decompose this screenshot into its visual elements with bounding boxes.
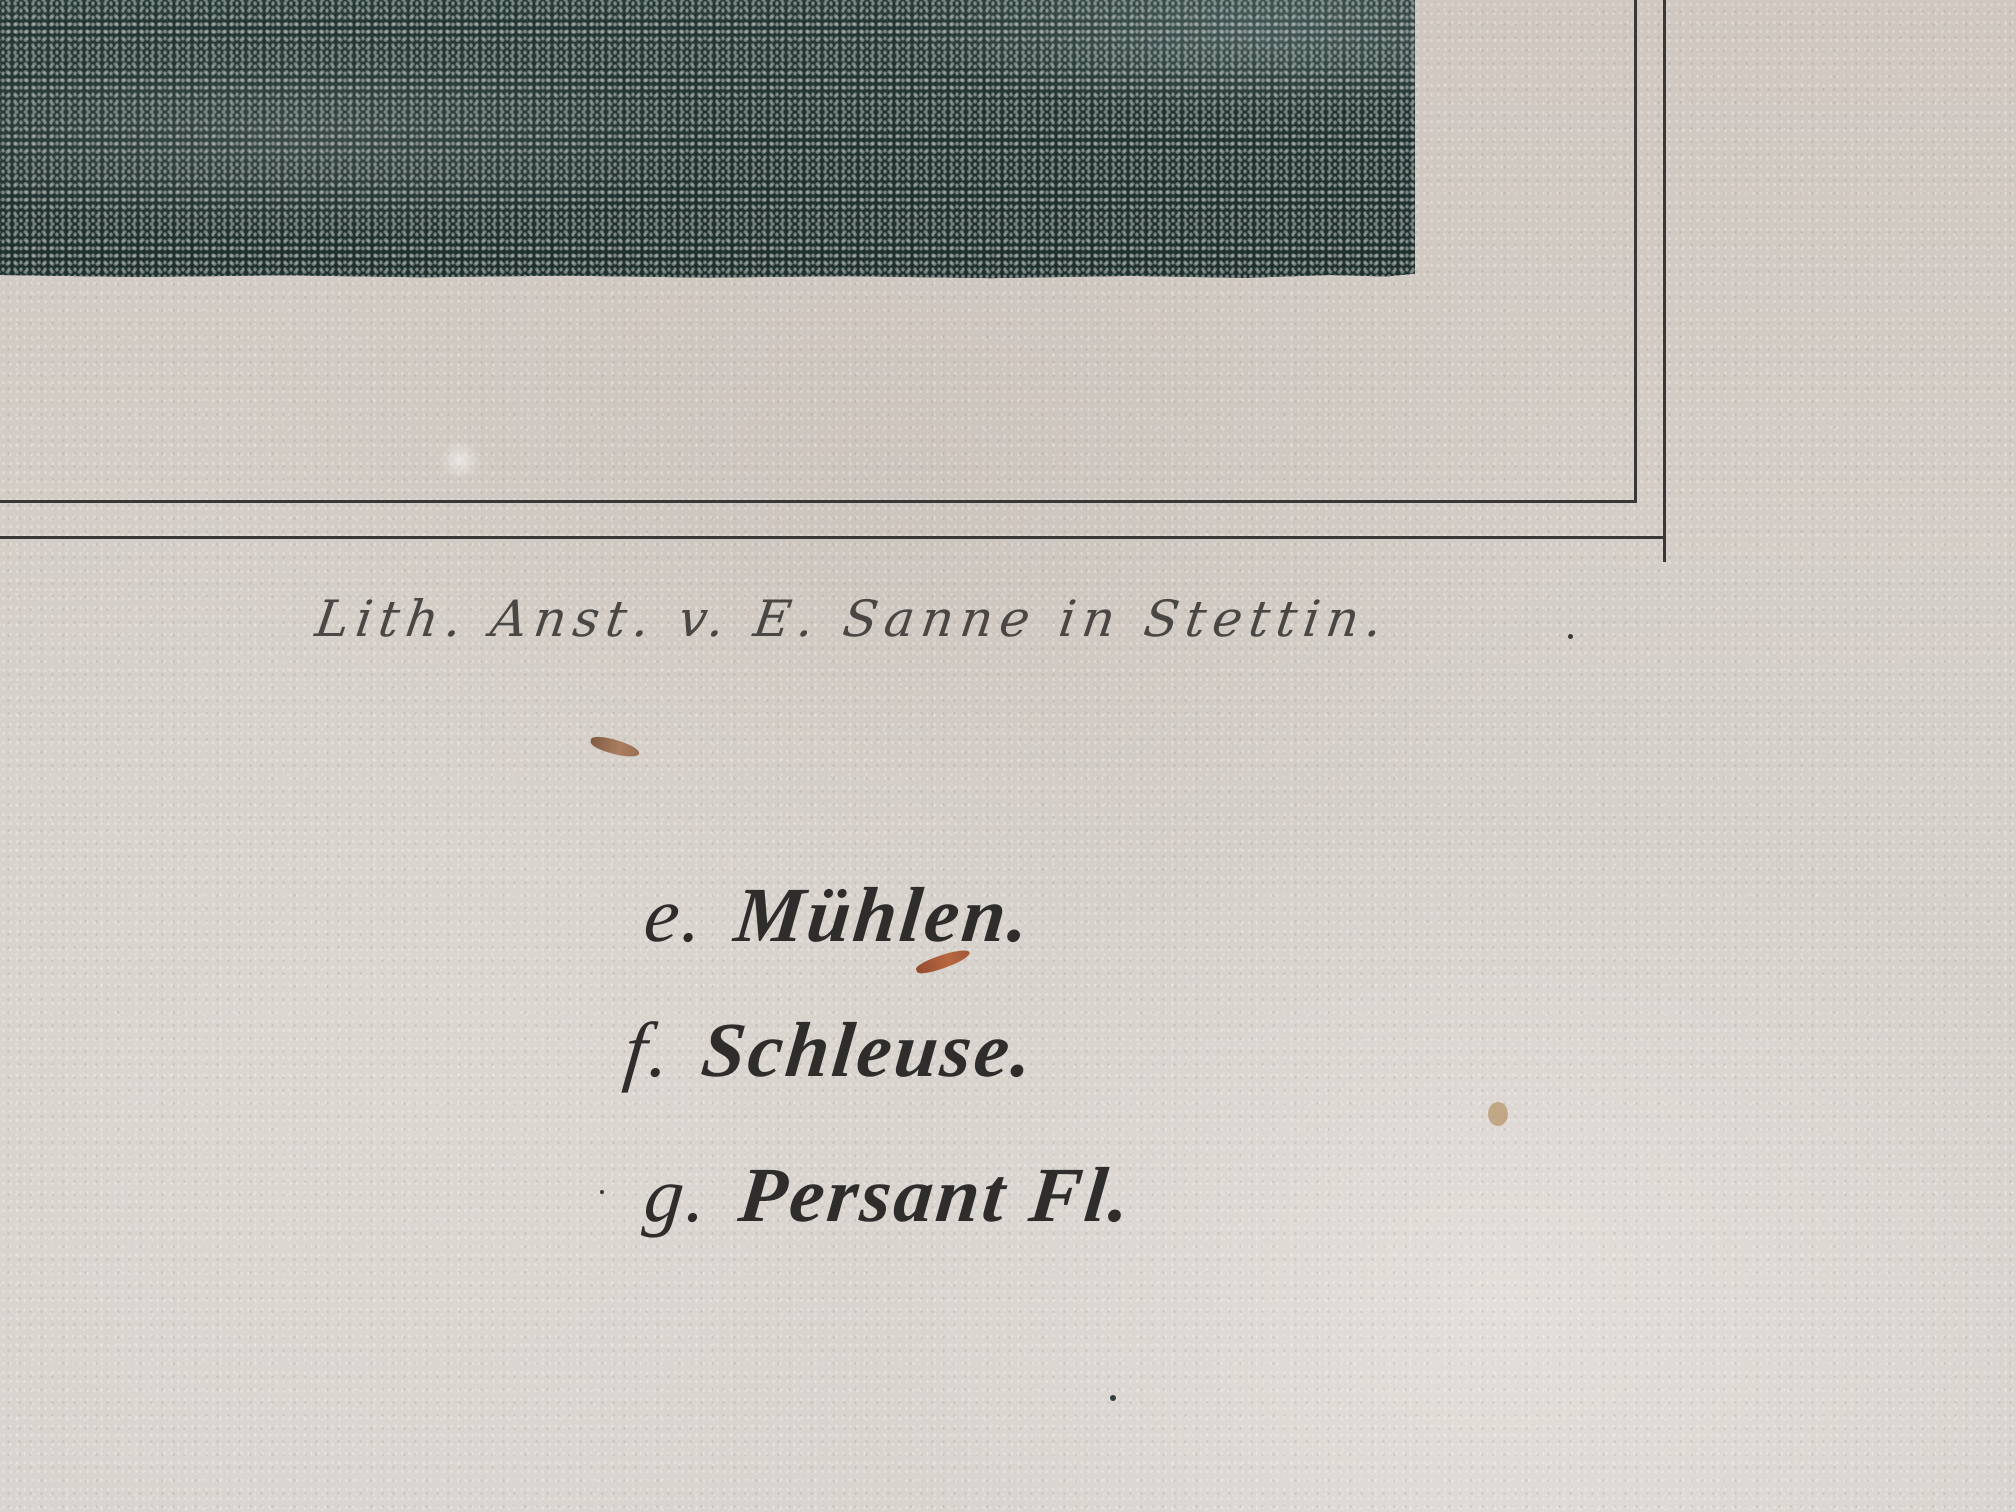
legend-key: f.	[620, 1005, 677, 1095]
legend-item-f: f.Schleuse.	[620, 1005, 1039, 1095]
legend-label: Schleuse.	[698, 1006, 1040, 1093]
outer-border-bottom	[0, 536, 1666, 539]
legend-label: Mühlen.	[731, 871, 1036, 958]
outer-border-right	[1663, 0, 1666, 562]
paper-smudge	[440, 440, 480, 480]
legend-key: g.	[640, 1150, 714, 1240]
legend-item-e: e.Mühlen.	[640, 870, 1036, 960]
ink-dot	[1568, 634, 1573, 639]
legend-label: Persant Fl.	[735, 1151, 1137, 1238]
inner-border-bottom	[0, 500, 1637, 503]
legend-item-g: g.Persant Fl.	[640, 1150, 1137, 1240]
lithograph-image-area	[0, 0, 1415, 285]
inner-border-right	[1634, 0, 1637, 503]
foxing-stain	[1488, 1102, 1508, 1126]
ink-dot	[600, 1190, 604, 1194]
legend-key: e.	[640, 870, 710, 960]
printer-imprint: Lith. Anst. v. E. Sanne in Stettin.	[312, 590, 1393, 648]
ink-dot	[1110, 1395, 1116, 1401]
